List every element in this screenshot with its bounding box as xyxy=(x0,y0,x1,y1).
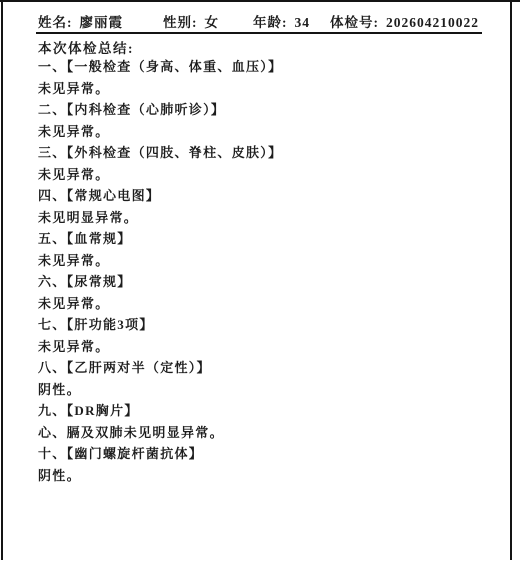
exam-item-result: 未见异常。 xyxy=(38,164,500,186)
exam-item-heading: 一、【一般检查（身高、体重、血压）】 xyxy=(38,56,500,78)
exam-item-result: 未见异常。 xyxy=(38,121,500,143)
exam-number-field: 体检号:202604210022 xyxy=(330,11,479,31)
exam-item-heading: 五、【血常规】 xyxy=(38,228,500,250)
exam-item-heading: 四、【常规心电图】 xyxy=(38,185,500,207)
patient-age-value: 34 xyxy=(295,15,311,30)
exam-item-heading: 十、【幽门螺旋杆菌抗体】 xyxy=(38,443,500,465)
exam-item-heading: 九、【DR胸片】 xyxy=(38,400,500,422)
exam-item-heading: 三、【外科检查（四肢、脊柱、皮肤）】 xyxy=(38,142,500,164)
patient-gender-label: 性别: xyxy=(163,15,198,30)
exam-item-result: 阴性。 xyxy=(38,379,500,401)
exam-item-result: 未见明显异常。 xyxy=(38,207,500,229)
exam-item-result: 阴性。 xyxy=(38,465,500,487)
exam-item-heading: 七、【肝功能3项】 xyxy=(38,314,500,336)
exam-item-heading: 八、【乙肝两对半（定性）】 xyxy=(38,357,500,379)
patient-name-field: 姓名:廖丽霞 xyxy=(38,11,123,31)
exam-number-label: 体检号: xyxy=(330,15,379,30)
exam-item-result: 未见异常。 xyxy=(38,336,500,358)
page-border-right xyxy=(510,0,512,560)
exam-number-value: 202604210022 xyxy=(386,15,479,30)
patient-name-value: 廖丽霞 xyxy=(80,15,124,30)
exam-item-result: 未见异常。 xyxy=(38,293,500,315)
exam-items-list: 一、【一般检查（身高、体重、血压）】 未见异常。 二、【内科检查（心肺听诊）】 … xyxy=(38,56,500,486)
exam-item-result: 未见异常。 xyxy=(38,250,500,272)
patient-info-header: 姓名:廖丽霞 性别:女 年龄:34 体检号:202604210022 xyxy=(36,11,482,34)
patient-age-field: 年龄:34 xyxy=(253,11,310,31)
exam-item-result: 未见异常。 xyxy=(38,78,500,100)
exam-report-page: 姓名:廖丽霞 性别:女 年龄:34 体检号:202604210022 本次体检总… xyxy=(0,0,520,567)
patient-gender-field: 性别:女 xyxy=(163,11,219,31)
patient-gender-value: 女 xyxy=(205,15,220,30)
patient-name-label: 姓名: xyxy=(38,15,73,30)
exam-item-result: 心、膈及双肺未见明显异常。 xyxy=(38,422,500,444)
exam-item-heading: 六、【尿常规】 xyxy=(38,271,500,293)
summary-title: 本次体检总结: xyxy=(38,37,134,57)
page-border-left xyxy=(1,0,3,560)
exam-item-heading: 二、【内科检查（心肺听诊）】 xyxy=(38,99,500,121)
patient-age-label: 年龄: xyxy=(253,15,288,30)
page-border-top xyxy=(0,0,520,2)
